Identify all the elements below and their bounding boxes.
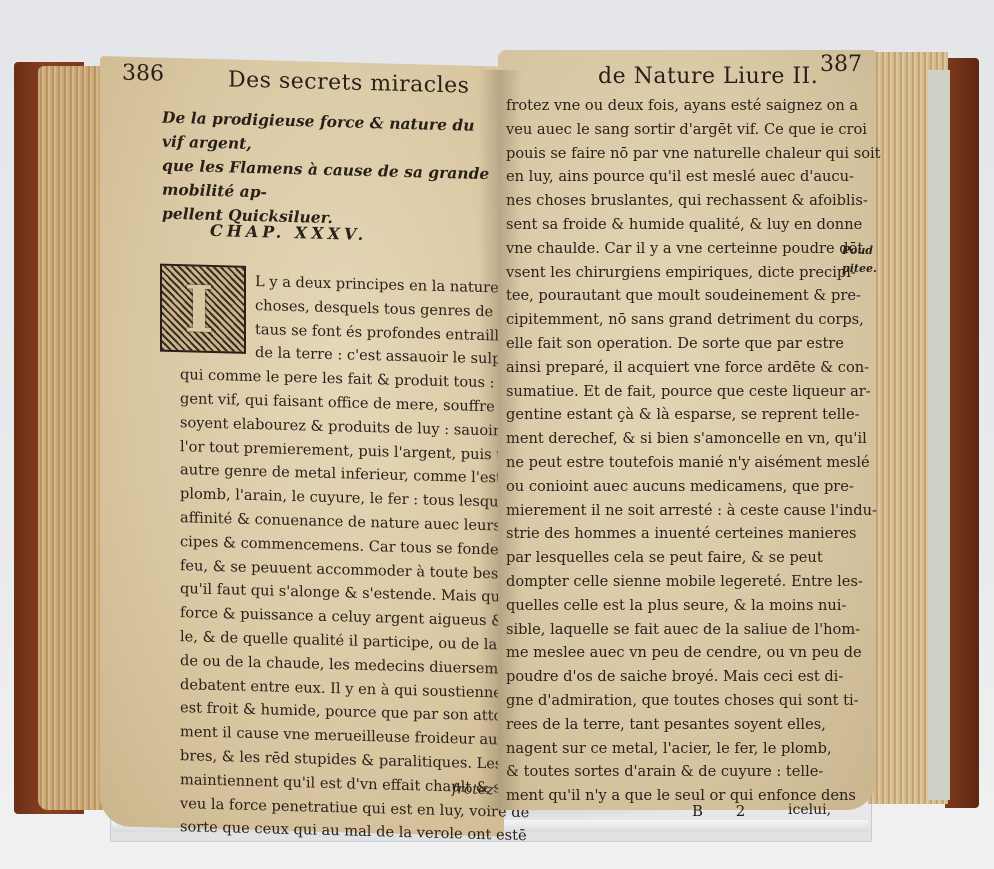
text-line: cipitemment, nō sans grand detriment du … [506,308,881,332]
text-line: tee, pourautant que moult soudeinement &… [506,284,881,308]
margin-note-line: pitee. [842,260,877,278]
text-line: mierement il ne soit arresté : à ceste c… [506,499,881,523]
text-line: quelles celle est la plus seure, & la mo… [506,594,881,618]
text-line: ne peut estre toutefois manié n'y aiséme… [506,451,881,475]
chapter-title: De la prodigieuse force & nature du vif … [162,106,492,235]
text-line: par lesquelles cela se peut faire, & se … [506,546,881,570]
right-page: de Nature Liure II. 387 frotez vne ou de… [498,50,876,810]
text-line: ou conioint auec aucuns medicamens, que … [506,475,881,499]
page-number: 387 [820,52,862,77]
book-photo: 386 Des secrets miracles De la prodigieu… [0,0,994,869]
text-line: vne chaulde. Car il y a vne certeinne po… [506,237,881,261]
text-line: gne d'admiration, que toutes choses qui … [506,689,881,713]
text-line: gentine estant çà & là esparse, se repre… [506,403,881,427]
running-head: de Nature Liure II. [598,64,818,89]
book-gutter [478,70,522,810]
text-line: sible, laquelle se fait auec de la saliu… [506,618,881,642]
signature-mark: B 2 [692,802,759,820]
text-line: dompter celle sienne mobile legereté. En… [506,570,881,594]
margin-note: Poud pitee. [842,242,877,278]
running-head: Des secrets miracles [228,67,469,98]
text-line: pouis se faire nō par vne naturelle chal… [506,142,881,166]
text-line: sumatiue. Et de fait, pource que ceste l… [506,380,881,404]
text-line: ment derechef, & si bien s'amoncelle en … [506,427,881,451]
text-line: frotez vne ou deux fois, ayans esté saig… [506,94,881,118]
text-line: ainsi preparé, il acquiert vne force ard… [506,356,881,380]
text-line: sent sa froide & humide qualité, & luy e… [506,213,881,237]
text-line: strie des hommes a inuenté certeines man… [506,522,881,546]
text-line: me meslee auec vn peu de cendre, ou vn p… [506,641,881,665]
text-line: nagent sur ce metal, l'acier, le fer, le… [506,737,881,761]
leather-cover-right [945,58,979,808]
text-line: veu auec le sang sortir d'argēt vif. Ce … [506,118,881,142]
text-line: nes choses bruslantes, qui rechassent & … [506,189,881,213]
title-line: que les Flamens à cause de sa grande mob… [162,154,492,211]
text-line: en luy, ains pource qu'il est meslé auec… [506,165,881,189]
text-line: vsent les chirurgiens empiriques, dicte … [506,261,881,285]
page-number: 386 [122,61,164,87]
text-line: & toutes sortes d'arain & de cuyure : te… [506,760,881,784]
flyleaf [928,70,950,800]
catchword: icelui, [788,802,831,818]
text-line: poudre d'os de saiche broyé. Mais ceci e… [506,665,881,689]
text-line: elle fait son operation. De sorte que pa… [506,332,881,356]
margin-note-line: Poud [842,242,877,260]
left-page: 386 Des secrets miracles De la prodigieu… [100,56,504,837]
text-line: rees de la terre, tant pesantes soyent e… [506,713,881,737]
chapter-label: CHAP. XXXV. [210,221,367,244]
title-line: De la prodigieuse force & nature du vif … [162,106,492,163]
body-text: frotez vne ou deux fois, ayans esté saig… [506,94,881,808]
